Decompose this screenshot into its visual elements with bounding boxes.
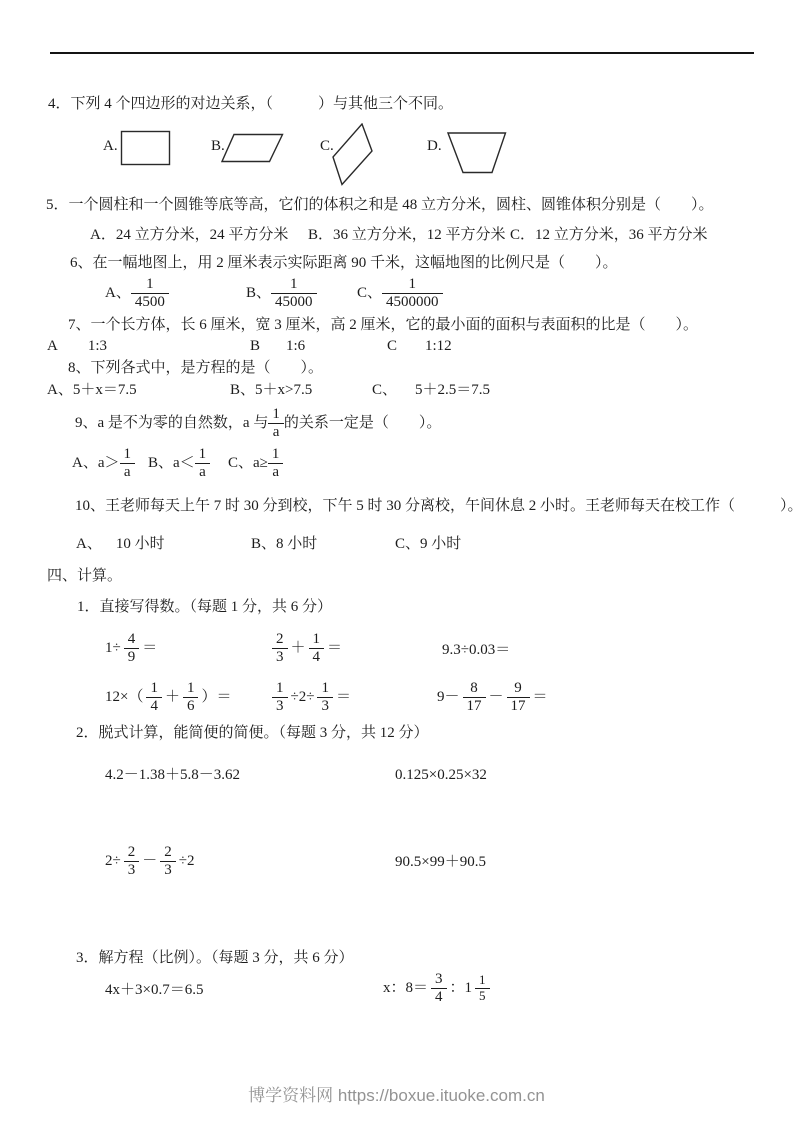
- q5-option-a: A．24 立方分米，24 平方分米: [90, 226, 288, 245]
- q7-option-a-label: A: [47, 338, 58, 354]
- q6-option-c-label: C、: [357, 284, 382, 303]
- exam-page: 4．下列 4 个四边形的对边关系，（ ）与其他三个不同。 A. B. C. D.…: [0, 0, 793, 1122]
- footer-watermark: 博学资料网 https://boxue.ituoke.com.cn: [0, 1085, 793, 1106]
- q7-option-c-label: C: [387, 338, 397, 354]
- question-9-text: 9、a 是不为零的自然数，a 与 1 a 的关系一定是（ ）。: [75, 403, 441, 443]
- fraction: 1 a: [120, 446, 136, 481]
- calc-expression-9: 2÷ 23 － 23 ÷2: [105, 842, 194, 880]
- calc-expression-6: 9－ 817 － 917 ＝: [437, 678, 548, 716]
- q10-option-b: B、8 小时: [251, 535, 317, 554]
- question-6-text: 6、在一幅地图上，用 2 厘米表示实际距离 90 千米，这幅地图的比例尺是（ ）…: [70, 254, 618, 273]
- expr-text: ＋: [291, 639, 306, 658]
- shape-a-label: A.: [103, 137, 118, 156]
- q9-option-b: B、a＜ 1 a: [148, 443, 210, 483]
- expr-text: ＋: [165, 688, 180, 707]
- q10-option-b-label: B、: [251, 536, 276, 552]
- calc-sub1-title: 1．直接写得数。（每题 1 分，共 6 分）: [77, 598, 332, 617]
- q9-option-c: C、a≥ 1 a: [228, 443, 283, 483]
- q6-option-c: C、 1 4500000: [357, 276, 443, 311]
- q8-option-a-value: 5＋x＝7.5: [73, 382, 137, 398]
- q7-option-a: A1:3: [47, 337, 107, 356]
- fraction: 23: [160, 844, 176, 879]
- q7-option-a-value: 1:3: [88, 338, 107, 354]
- q9-pre-text: 9、a 是不为零的自然数，a 与: [75, 414, 268, 433]
- q7-option-c-value: 1:12: [425, 338, 452, 354]
- q10-option-a: A、10 小时: [76, 535, 165, 554]
- fraction: 1 4500000: [382, 276, 443, 311]
- fraction: 16: [183, 680, 199, 715]
- q9-option-a-label: A、a＞: [72, 454, 120, 473]
- calc-expression-10: 90.5×99＋90.5: [395, 853, 486, 872]
- calc-expression-12: x：8＝ 34 ：1 15: [383, 967, 490, 1009]
- fraction: 23: [272, 631, 288, 666]
- calc-expression-7: 4.2－1.38＋5.8－3.62: [105, 766, 240, 785]
- expr-text: 12×（: [105, 688, 143, 707]
- calc-expression-4: 12×（ 14 ＋ 16 ）＝: [105, 678, 232, 716]
- fraction: 13: [317, 680, 333, 715]
- q6-option-b: B、 1 45000: [246, 276, 317, 311]
- q8-option-b-label: B、: [230, 382, 255, 398]
- q10-option-c: C、9 小时: [395, 535, 461, 554]
- q7-option-b: B1:6: [250, 337, 305, 356]
- q9-option-a: A、a＞ 1 a: [72, 443, 135, 483]
- q7-option-b-value: 1:6: [286, 338, 305, 354]
- q5-option-c: C．12 立方分米，36 平方分米: [510, 226, 708, 245]
- calc-expression-1: 1÷ 49 ＝: [105, 629, 157, 667]
- calc-expression-11: 4x＋3×0.7＝6.5: [105, 981, 203, 1000]
- question-7-text: 7、一个长方体，长 6 厘米，宽 3 厘米，高 2 厘米，它的最小面的面积与表面…: [68, 316, 698, 335]
- section-4-title: 四、计算。: [47, 567, 122, 586]
- question-8-text: 8、下列各式中，是方程的是（ ）。: [68, 359, 323, 378]
- fraction: 1 a: [195, 446, 211, 481]
- q9-option-c-label: C、a≥: [228, 454, 268, 473]
- parallelogram-shape: [221, 133, 284, 163]
- expr-text: ＝: [327, 639, 342, 658]
- q6-option-a: A、 1 4500: [105, 276, 169, 311]
- top-divider: [50, 52, 754, 54]
- rectangle-shape: [120, 130, 171, 166]
- q10-option-a-value: 10 小时: [116, 536, 165, 552]
- q6-option-b-label: B、: [246, 284, 271, 303]
- calc-expression-2: 23 ＋ 14 ＝: [272, 629, 342, 667]
- calc-expression-3: 9.3÷0.03＝: [442, 641, 510, 660]
- q6-option-a-label: A、: [105, 284, 131, 303]
- q8-option-a-label: A、: [47, 382, 73, 398]
- q10-option-c-label: C、: [395, 536, 420, 552]
- fraction: 1 a: [268, 406, 284, 441]
- fraction: 23: [124, 844, 140, 879]
- q9-post-text: 的关系一定是（ ）。: [284, 414, 442, 433]
- q5-option-b: B．36 立方分米，12 平方分米: [308, 226, 506, 245]
- fraction: 14: [146, 680, 162, 715]
- fraction: 13: [272, 680, 288, 715]
- expr-text: 1÷: [105, 639, 121, 658]
- fraction: 1 a: [268, 446, 284, 481]
- expr-text: －: [142, 852, 157, 871]
- expr-text: x：8＝: [383, 979, 428, 998]
- fraction: 1 45000: [271, 276, 317, 311]
- q10-option-b-value: 8 小时: [276, 536, 317, 552]
- q7-option-b-label: B: [250, 338, 260, 354]
- q7-option-c: C1:12: [387, 337, 452, 356]
- expr-text: 2÷: [105, 852, 121, 871]
- fraction: 917: [507, 680, 530, 715]
- expr-text: ÷2: [179, 852, 195, 871]
- expr-text: ＝: [336, 688, 351, 707]
- q8-option-c: C、5＋2.5＝7.5: [372, 381, 490, 400]
- fraction: 15: [475, 973, 490, 1003]
- fraction: 34: [431, 971, 447, 1006]
- expr-text: ：1: [450, 979, 473, 998]
- fraction: 49: [124, 631, 140, 666]
- question-4-text: 4．下列 4 个四边形的对边关系，（ ）与其他三个不同。: [48, 95, 453, 114]
- expr-text: ＝: [142, 639, 157, 658]
- q10-option-c-value: 9 小时: [420, 536, 461, 552]
- fraction: 1 4500: [131, 276, 169, 311]
- q8-option-b-value: 5＋x>7.5: [255, 382, 312, 398]
- q9-option-b-label: B、a＜: [148, 454, 195, 473]
- q8-option-b: B、5＋x>7.5: [230, 381, 312, 400]
- fraction: 14: [309, 631, 325, 666]
- q8-option-c-value: 5＋2.5＝7.5: [415, 382, 490, 398]
- expr-text: ÷2÷: [291, 688, 315, 707]
- q8-option-a: A、5＋x＝7.5: [47, 381, 137, 400]
- calc-sub2-title: 2．脱式计算，能简便的简便。（每题 3 分，共 12 分）: [76, 724, 429, 743]
- expr-text: ＝: [533, 688, 548, 707]
- question-5-text: 5．一个圆柱和一个圆锥等底等高，它们的体积之和是 48 立方分米，圆柱、圆锥体积…: [46, 196, 714, 215]
- calc-expression-5: 13 ÷2÷ 13 ＝: [272, 678, 351, 716]
- expr-text: ）＝: [201, 688, 231, 707]
- q8-option-c-label: C、: [372, 382, 397, 398]
- shape-d-label: D.: [427, 137, 442, 156]
- expr-text: －: [489, 688, 504, 707]
- q10-option-a-label: A、: [76, 536, 102, 552]
- trapezoid-shape: [447, 132, 507, 174]
- calc-sub3-title: 3．解方程（比例）。（每题 3 分，共 6 分）: [76, 949, 354, 968]
- question-10-text: 10、王老师每天上午 7 时 30 分到校，下午 5 时 30 分离校，午间休息…: [75, 497, 793, 516]
- slanted-parallelogram-shape: [332, 123, 374, 186]
- calc-expression-8: 0.125×0.25×32: [395, 766, 487, 785]
- fraction: 817: [463, 680, 486, 715]
- expr-text: 9－: [437, 688, 460, 707]
